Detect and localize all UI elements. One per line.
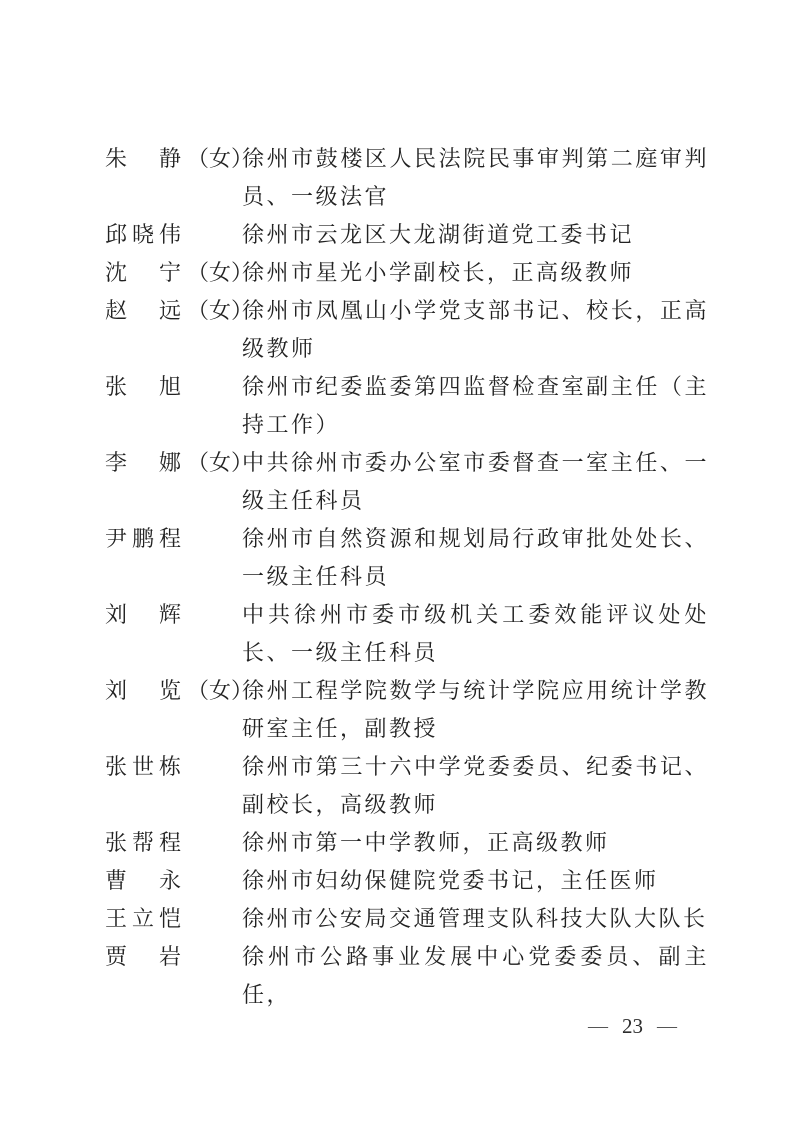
person-name: 贾 岩 xyxy=(105,944,186,969)
list-entry: 尹鹏程 徐州市自然资源和规划局行政审批处处长、一级主任科员 xyxy=(105,520,709,596)
person-name: 尹鹏程 xyxy=(105,526,186,551)
list-entry: 曹 永 徐州市妇幼保健院党委书记，主任医师 xyxy=(105,862,709,900)
entry-name-cell: 曹 永 xyxy=(105,862,242,900)
entry-name-cell: 沈 宁（女） xyxy=(105,254,242,292)
entry-name-cell: 张 旭 xyxy=(105,368,242,406)
person-name: 赵 远 xyxy=(105,298,186,323)
entry-name-cell: 李 娜（女） xyxy=(105,444,242,482)
entry-description: 徐州工程学院数学与统计学院应用统计学教研室主任，副教授 xyxy=(242,672,709,748)
page-number-dash-right: — xyxy=(657,1015,677,1038)
entry-name-cell: 朱 静（女） xyxy=(105,140,242,178)
entry-description: 徐州市第一中学教师，正高级教师 xyxy=(242,824,709,862)
entry-description: 徐州市星光小学副校长，正高级教师 xyxy=(242,254,709,292)
award-name-list: 朱 静（女） 徐州市鼓楼区人民法院民事审判第二庭审判员、一级法官 邱晓伟 徐州市… xyxy=(105,140,709,1014)
entry-description: 徐州市鼓楼区人民法院民事审判第二庭审判员、一级法官 xyxy=(242,140,709,216)
entry-description: 徐州市自然资源和规划局行政审批处处长、一级主任科员 xyxy=(242,520,709,596)
list-entry: 沈 宁（女） 徐州市星光小学副校长，正高级教师 xyxy=(105,254,709,292)
entry-name-cell: 赵 远（女） xyxy=(105,292,242,330)
entry-name-cell: 王立恺 xyxy=(105,900,242,938)
list-entry: 刘 览（女） 徐州工程学院数学与统计学院应用统计学教研室主任，副教授 xyxy=(105,672,709,748)
entry-name-cell: 张世栋 xyxy=(105,748,242,786)
person-name: 李 娜 xyxy=(105,450,186,475)
list-entry: 张 旭 徐州市纪委监委第四监督检查室副主任（主持工作） xyxy=(105,368,709,444)
document-page: 朱 静（女） 徐州市鼓楼区人民法院民事审判第二庭审判员、一级法官 邱晓伟 徐州市… xyxy=(0,0,800,1131)
person-name: 刘 辉 xyxy=(105,602,186,627)
entry-description: 徐州市第三十六中学党委委员、纪委书记、副校长，高级教师 xyxy=(242,748,709,824)
person-name: 刘 览 xyxy=(105,678,186,703)
person-name: 张 旭 xyxy=(105,374,186,399)
entry-name-cell: 刘 辉 xyxy=(105,596,242,634)
entry-name-cell: 刘 览（女） xyxy=(105,672,242,710)
page-footer: — 23 — xyxy=(588,1014,677,1039)
list-entry: 朱 静（女） 徐州市鼓楼区人民法院民事审判第二庭审判员、一级法官 xyxy=(105,140,709,216)
list-entry: 赵 远（女） 徐州市凤凰山小学党支部书记、校长，正高级教师 xyxy=(105,292,709,368)
person-name: 邱晓伟 xyxy=(105,222,186,247)
list-entry: 邱晓伟 徐州市云龙区大龙湖街道党工委书记 xyxy=(105,216,709,254)
list-entry: 张世栋 徐州市第三十六中学党委委员、纪委书记、副校长，高级教师 xyxy=(105,748,709,824)
entry-description: 徐州市妇幼保健院党委书记，主任医师 xyxy=(242,862,709,900)
entry-name-cell: 张帮程 xyxy=(105,824,242,862)
person-name: 张世栋 xyxy=(105,754,186,779)
person-name: 沈 宁 xyxy=(105,260,186,285)
entry-description: 徐州市公安局交通管理支队科技大队大队长 xyxy=(242,900,709,938)
page-number-dash-left: — xyxy=(588,1015,608,1038)
entry-description: 中共徐州市委市级机关工委效能评议处处长、一级主任科员 xyxy=(242,596,709,672)
list-entry: 贾 岩 徐州市公路事业发展中心党委委员、副主任， xyxy=(105,938,709,1014)
page-number: 23 xyxy=(622,1014,643,1039)
entry-description: 徐州市纪委监委第四监督检查室副主任（主持工作） xyxy=(242,368,709,444)
list-entry: 李 娜（女） 中共徐州市委办公室市委督查一室主任、一级主任科员 xyxy=(105,444,709,520)
list-entry: 刘 辉 中共徐州市委市级机关工委效能评议处处长、一级主任科员 xyxy=(105,596,709,672)
person-name: 曹 永 xyxy=(105,868,186,893)
entry-description: 中共徐州市委办公室市委督查一室主任、一级主任科员 xyxy=(242,444,709,520)
list-entry: 王立恺 徐州市公安局交通管理支队科技大队大队长 xyxy=(105,900,709,938)
list-entry: 张帮程 徐州市第一中学教师，正高级教师 xyxy=(105,824,709,862)
entry-description: 徐州市凤凰山小学党支部书记、校长，正高级教师 xyxy=(242,292,709,368)
entry-description: 徐州市云龙区大龙湖街道党工委书记 xyxy=(242,216,709,254)
entry-name-cell: 贾 岩 xyxy=(105,938,242,976)
entry-description: 徐州市公路事业发展中心党委委员、副主任， xyxy=(242,938,709,1014)
entry-name-cell: 尹鹏程 xyxy=(105,520,242,558)
entry-name-cell: 邱晓伟 xyxy=(105,216,242,254)
person-name: 张帮程 xyxy=(105,830,186,855)
person-name: 王立恺 xyxy=(105,906,186,931)
person-name: 朱 静 xyxy=(105,146,186,171)
